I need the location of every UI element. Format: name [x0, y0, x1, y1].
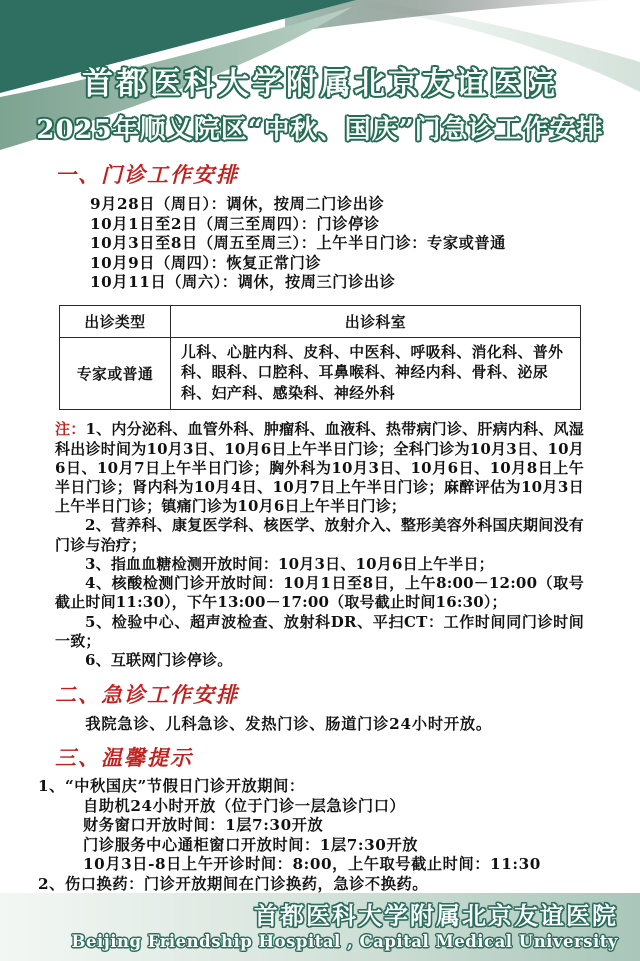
- tip-item: 10月3日-8日上午开诊时间：8:00，上午取号截止时间：11:30: [83, 855, 584, 875]
- schedule-line: 10月3日至8日（周五至周三）：上午半日门诊：专家或普通: [55, 234, 584, 254]
- section-3-heading: 三、温馨提示: [55, 745, 584, 771]
- tip-item: 2、伤口换药：门诊开放期间在门诊换药，急诊不换药。: [38, 875, 584, 895]
- notes-block: 注：1、内分泌科、血管外科、肿瘤科、血液科、热带病门诊、肝病内科、风湿科出诊时间…: [55, 420, 584, 670]
- note-text: 1、内分泌科、血管外科、肿瘤科、血液科、热带病门诊、肝病内科、风湿科出诊时间为1…: [55, 420, 584, 515]
- note-item: 6、互联网门诊停诊。: [55, 651, 584, 670]
- emergency-content: 我院急诊、儿科急诊、发热门诊、肠道门诊24小时开放。: [55, 714, 584, 734]
- table-header-row: 出诊类型 出诊科室: [60, 305, 581, 337]
- tip-item: 1、“中秋国庆”节假日门诊开放期间：: [38, 777, 584, 797]
- tip-item: 自助机24小时开放（位于门诊一层急诊门口）: [83, 797, 584, 817]
- footer-banner: 首都医科大学附属北京友谊医院 Beijing Friendship Hospit…: [0, 893, 640, 961]
- note-label: 注：: [55, 420, 86, 438]
- schedule-line: 10月1日至2日（周三至周四）：门诊停诊: [55, 215, 584, 235]
- section-1-heading: 一、门诊工作安排: [55, 162, 584, 188]
- cell-duty-type: 专家或普通: [60, 337, 171, 410]
- tip-item: 门诊服务中心通柜窗口开放时间：1层7:30开放: [83, 836, 584, 856]
- schedule-line: 10月9日（周四）：恢复正常门诊: [55, 254, 584, 274]
- column-header-departments: 出诊科室: [171, 305, 581, 337]
- schedule-list: 9月28日（周日）：调休，按周二门诊出诊 10月1日至2日（周三至周四）：门诊停…: [55, 195, 584, 293]
- note-item: 2、营养科、康复医学科、核医学、放射介入、整形美容外科国庆期间没有门诊与治疗；: [55, 516, 584, 554]
- note-item: 注：1、内分泌科、血管外科、肿瘤科、血液科、热带病门诊、肝病内科、风湿科出诊时间…: [55, 420, 584, 516]
- tip-item: 财务窗口开放时间：1层7:30开放: [83, 816, 584, 836]
- title-block: 首都医科大学附属北京友谊医院 2025年顺义院区“中秋、国庆”门急诊工作安排: [0, 0, 640, 147]
- outpatient-table: 出诊类型 出诊科室 专家或普通 儿科、心脏内科、皮科、中医科、呼吸科、消化科、普…: [59, 305, 581, 411]
- footer-hospital-name-en: Beijing Friendship Hospital , Capital Me…: [0, 931, 618, 953]
- column-header-type: 出诊类型: [60, 305, 171, 337]
- table-row: 专家或普通 儿科、心脏内科、皮科、中医科、呼吸科、消化科、普外科、眼科、口腔科、…: [60, 337, 581, 410]
- note-item: 3、指血血糖检测开放时间：10月3日、10月6日上午半日；: [55, 555, 584, 574]
- cell-departments: 儿科、心脏内科、皮科、中医科、呼吸科、消化科、普外科、眼科、口腔科、耳鼻喉科、神…: [171, 337, 581, 410]
- hospital-title: 首都医科大学附属北京友谊医院: [0, 64, 640, 104]
- holiday-notice-page: 首都医科大学附属北京友谊医院 2025年顺义院区“中秋、国庆”门急诊工作安排 一…: [0, 0, 640, 961]
- notice-body: 一、门诊工作安排 9月28日（周日）：调休，按周二门诊出诊 10月1日至2日（周…: [55, 162, 584, 925]
- section-2-heading: 二、急诊工作安排: [55, 682, 584, 708]
- schedule-line: 9月28日（周日）：调休，按周二门诊出诊: [55, 195, 584, 215]
- footer-hospital-name-cn: 首都医科大学附属北京友谊医院: [0, 901, 618, 931]
- note-item: 4、核酸检测门诊开放时间：10月1日至8日，上午8:00－12:00（取号截止时…: [55, 574, 584, 612]
- schedule-line: 10月11日（周六）：调休，按周三门诊出诊: [55, 273, 584, 293]
- notice-title: 2025年顺义院区“中秋、国庆”门急诊工作安排: [0, 113, 640, 147]
- note-item: 5、检验中心、超声波检查、放射科DR、平扫CT：工作时间同门诊时间一致；: [55, 613, 584, 651]
- tips-list: 1、“中秋国庆”节假日门诊开放期间： 自助机24小时开放（位于门诊一层急诊门口）…: [55, 777, 584, 895]
